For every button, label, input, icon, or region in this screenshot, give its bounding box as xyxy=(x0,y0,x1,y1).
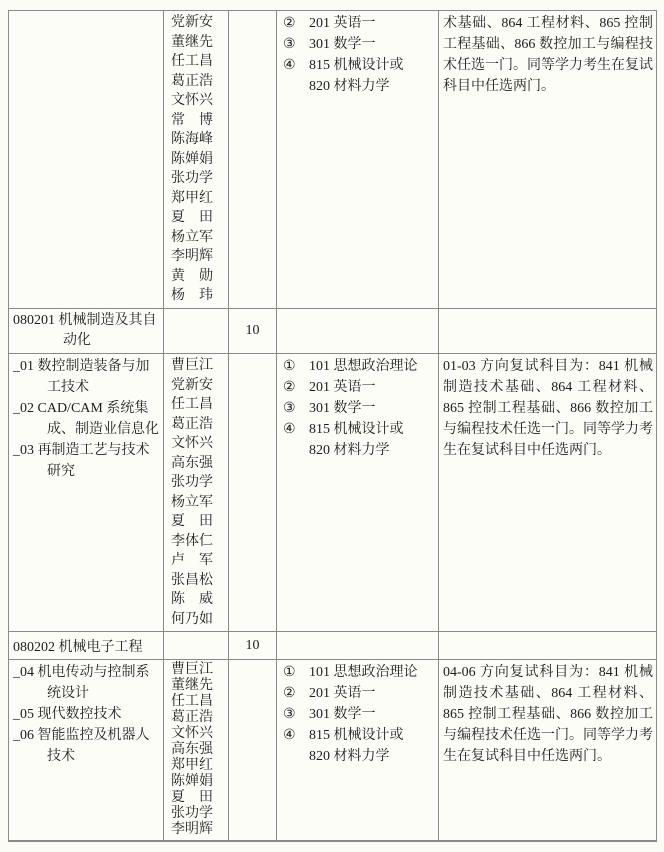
research-direction: _05 现代数控技术 xyxy=(13,704,159,725)
exam-subject: ④815 机械设计或 xyxy=(283,419,434,440)
subject-text: 101 思想政治理论 xyxy=(309,359,418,374)
advisor-name: 高东强 xyxy=(171,454,224,474)
exam-subject: ②201 英语一 xyxy=(283,13,434,34)
advisor-list: 曹巨江董继先任工昌葛正浩文怀兴高东强郑甲红陈婵娟夏 田张功学李明辉 xyxy=(171,662,224,838)
advisor-name: 常 博 xyxy=(171,111,224,131)
advisor-name: 党新安 xyxy=(171,13,224,33)
advisor-list: 曹巨江党新安任工昌葛正浩文怀兴高东强张功学杨立军夏 田李体仁卢 军张昌松陈 威何… xyxy=(171,356,224,629)
circled-number: ③ xyxy=(283,34,309,55)
subject-text: 815 机械设计或 xyxy=(309,728,404,743)
cell-advisors: 党新安董继先任工昌葛正浩文怀兴常 博陈海峰陈婵娟张功学郑甲红夏 田杨立军李明辉黄… xyxy=(164,11,229,309)
advisor-name: 卢 军 xyxy=(171,551,224,571)
cell-major-title: 080201 机械制造及其自动化 xyxy=(9,309,164,354)
cell-quota: 10 xyxy=(229,309,277,354)
remarks-text: 04-06 方向复试科目为：841 机械制造技术基础、864 工程材料、865 … xyxy=(443,662,653,767)
cell-advisors: 曹巨江党新安任工昌葛正浩文怀兴高东强张功学杨立军夏 田李体仁卢 军张昌松陈 威何… xyxy=(164,354,229,632)
admissions-table: 党新安董继先任工昌葛正浩文怀兴常 博陈海峰陈婵娟张功学郑甲红夏 田杨立军李明辉黄… xyxy=(8,10,657,842)
advisor-name: 张昌松 xyxy=(171,571,224,591)
exam-subject: ④815 机械设计或 xyxy=(283,725,434,746)
direction-code: _04 xyxy=(13,665,34,680)
direction-name: 智能监控及机器人技术 xyxy=(38,728,150,764)
subject-text: 301 数学一 xyxy=(309,707,376,722)
exam-subject: ④815 机械设计或 xyxy=(283,55,434,76)
direction-name: 现代数控技术 xyxy=(38,707,122,722)
advisor-name: 陈婵娟 xyxy=(171,150,224,170)
direction-list: _04 机电传动与控制系统设计 _05 现代数控技术 _06 智能监控及机器人技… xyxy=(13,662,159,767)
direction-code: _06 xyxy=(13,728,34,743)
table-row-directions-04-06: _04 机电传动与控制系统设计 _05 现代数控技术 _06 智能监控及机器人技… xyxy=(9,660,657,842)
cell-exam-subjects: ①101 思想政治理论 ②201 英语一 ③301 数学一 ④815 机械设计或… xyxy=(277,660,439,842)
cell-remarks-empty xyxy=(439,632,657,660)
subject-text: 815 机械设计或 xyxy=(309,422,404,437)
cell-remarks: 术基础、864 工程材料、865 控制工程基础、866 数控加工与编程技术任选一… xyxy=(439,11,657,309)
subject-text: 820 材料力学 xyxy=(309,443,390,458)
cell-exam-subjects: ①101 思想政治理论 ②201 英语一 ③301 数学一 ④815 机械设计或… xyxy=(277,354,439,632)
exam-subject-list: ②201 英语一 ③301 数学一 ④815 机械设计或 820 材料力学 xyxy=(283,13,434,97)
exam-subject: ③301 数学一 xyxy=(283,704,434,725)
advisor-name: 任工昌 xyxy=(171,395,224,415)
advisor-name: 文怀兴 xyxy=(171,726,224,742)
subject-text: 201 英语一 xyxy=(309,380,376,395)
direction-name: CAD/CAM 系统集成、制造业信息化 xyxy=(38,401,160,437)
advisor-name: 曹巨江 xyxy=(171,662,224,678)
exam-subject-list: ①101 思想政治理论 ②201 英语一 ③301 数学一 ④815 机械设计或… xyxy=(283,356,434,461)
cell-remarks-empty xyxy=(439,309,657,354)
direction-name: 机电传动与控制系统设计 xyxy=(38,665,150,701)
research-direction: _02 CAD/CAM 系统集成、制造业信息化 xyxy=(13,398,159,440)
advisor-name: 葛正浩 xyxy=(171,710,224,726)
cell-exam-subjects: ②201 英语一 ③301 数学一 ④815 机械设计或 820 材料力学 xyxy=(277,11,439,309)
circled-number: ① xyxy=(283,356,309,377)
exam-subject: 820 材料力学 xyxy=(283,746,434,767)
direction-name: 数控制造装备与加工技术 xyxy=(38,359,150,395)
research-direction: _06 智能监控及机器人技术 xyxy=(13,725,159,767)
advisor-name: 陈婵娟 xyxy=(171,774,224,790)
cell-exam-subjects-empty xyxy=(277,632,439,660)
advisor-name: 黄 勋 xyxy=(171,267,224,287)
advisor-list: 党新安董继先任工昌葛正浩文怀兴常 博陈海峰陈婵娟张功学郑甲红夏 田杨立军李明辉黄… xyxy=(171,13,224,306)
cell-quota xyxy=(229,354,277,632)
exam-subject-list: ①101 思想政治理论 ②201 英语一 ③301 数学一 ④815 机械设计或… xyxy=(283,662,434,767)
exam-subject: ②201 英语一 xyxy=(283,377,434,398)
circled-number: ④ xyxy=(283,419,309,440)
table-row-directions-01-03: _01 数控制造装备与加工技术 _02 CAD/CAM 系统集成、制造业信息化 … xyxy=(9,354,657,632)
subject-text: 101 思想政治理论 xyxy=(309,665,418,680)
circled-number: ② xyxy=(283,683,309,704)
cell-quota xyxy=(229,11,277,309)
advisor-name: 张功学 xyxy=(171,473,224,493)
advisor-name: 何乃如 xyxy=(171,610,224,630)
advisor-name: 葛正浩 xyxy=(171,415,224,435)
circled-number: ② xyxy=(283,13,309,34)
advisor-name: 任工昌 xyxy=(171,694,224,710)
direction-code: _01 xyxy=(13,359,34,374)
table-row-continuation: 党新安董继先任工昌葛正浩文怀兴常 博陈海峰陈婵娟张功学郑甲红夏 田杨立军李明辉黄… xyxy=(9,11,657,309)
direction-list: _01 数控制造装备与加工技术 _02 CAD/CAM 系统集成、制造业信息化 … xyxy=(13,356,159,482)
direction-name: 再制造工艺与技术研究 xyxy=(38,443,150,479)
advisor-name: 董继先 xyxy=(171,33,224,53)
page: 党新安董继先任工昌葛正浩文怀兴常 博陈海峰陈婵娟张功学郑甲红夏 田杨立军李明辉黄… xyxy=(0,0,664,852)
circled-number: ③ xyxy=(283,398,309,419)
advisor-name: 任工昌 xyxy=(171,52,224,72)
advisor-name: 高东强 xyxy=(171,742,224,758)
cell-major-title: 080202 机械电子工程 xyxy=(9,632,164,660)
advisor-name: 郑甲红 xyxy=(171,758,224,774)
direction-code: _03 xyxy=(13,443,34,458)
circled-number: ③ xyxy=(283,704,309,725)
cell-directions: _04 机电传动与控制系统设计 _05 现代数控技术 _06 智能监控及机器人技… xyxy=(9,660,164,842)
direction-code: _05 xyxy=(13,707,34,722)
cell-advisors: 曹巨江董继先任工昌葛正浩文怀兴高东强郑甲红陈婵娟夏 田张功学李明辉 xyxy=(164,660,229,842)
subject-text: 301 数学一 xyxy=(309,401,376,416)
advisor-name: 张功学 xyxy=(171,169,224,189)
cell-remarks: 04-06 方向复试科目为：841 机械制造技术基础、864 工程材料、865 … xyxy=(439,660,657,842)
table-row-major-080201: 080201 机械制造及其自动化 10 xyxy=(9,309,657,354)
subject-text: 820 材料力学 xyxy=(309,79,390,94)
major-title: 080202 机械电子工程 xyxy=(13,636,159,656)
advisor-name: 陈海峰 xyxy=(171,130,224,150)
advisor-name: 葛正浩 xyxy=(171,72,224,92)
advisor-name: 李明辉 xyxy=(171,822,224,838)
advisor-name: 杨立军 xyxy=(171,493,224,513)
advisor-name: 杨立军 xyxy=(171,228,224,248)
cell-quota xyxy=(229,660,277,842)
advisor-name: 李明辉 xyxy=(171,247,224,267)
cell-exam-subjects-empty xyxy=(277,309,439,354)
advisor-name: 杨 玮 xyxy=(171,286,224,306)
cell-advisors-empty xyxy=(164,309,229,354)
subject-text: 815 机械设计或 xyxy=(309,58,404,73)
exam-subject: ③301 数学一 xyxy=(283,34,434,55)
advisor-name: 党新安 xyxy=(171,376,224,396)
research-direction: _01 数控制造装备与加工技术 xyxy=(13,356,159,398)
advisor-name: 夏 田 xyxy=(171,208,224,228)
cell-remarks: 01-03 方向复试科目为：841 机械制造技术基础、864 工程材料、865 … xyxy=(439,354,657,632)
advisor-name: 文怀兴 xyxy=(171,91,224,111)
advisor-name: 李体仁 xyxy=(171,532,224,552)
advisor-name: 张功学 xyxy=(171,806,224,822)
exam-subject: 820 材料力学 xyxy=(283,440,434,461)
direction-code: _02 xyxy=(13,401,34,416)
remarks-text: 术基础、864 工程材料、865 控制工程基础、866 数控加工与编程技术任选一… xyxy=(443,13,653,97)
advisor-name: 夏 田 xyxy=(171,790,224,806)
advisor-name: 陈 威 xyxy=(171,590,224,610)
exam-subject: 820 材料力学 xyxy=(283,76,434,97)
circled-number: ④ xyxy=(283,725,309,746)
subject-text: 820 材料力学 xyxy=(309,749,390,764)
exam-subject: ①101 思想政治理论 xyxy=(283,356,434,377)
circled-number: ② xyxy=(283,377,309,398)
circled-number: ① xyxy=(283,662,309,683)
advisor-name: 夏 田 xyxy=(171,512,224,532)
exam-subject: ①101 思想政治理论 xyxy=(283,662,434,683)
exam-subject: ③301 数学一 xyxy=(283,398,434,419)
advisor-name: 文怀兴 xyxy=(171,434,224,454)
circled-number: ④ xyxy=(283,55,309,76)
subject-text: 201 英语一 xyxy=(309,16,376,31)
subject-text: 301 数学一 xyxy=(309,37,376,52)
cell-advisors-empty xyxy=(164,632,229,660)
table-row-major-080202: 080202 机械电子工程 10 xyxy=(9,632,657,660)
research-direction: _04 机电传动与控制系统设计 xyxy=(13,662,159,704)
research-direction: _03 再制造工艺与技术研究 xyxy=(13,440,159,482)
advisor-name: 董继先 xyxy=(171,678,224,694)
cell-quota: 10 xyxy=(229,632,277,660)
remarks-text: 01-03 方向复试科目为：841 机械制造技术基础、864 工程材料、865 … xyxy=(443,356,653,461)
subject-text: 201 英语一 xyxy=(309,686,376,701)
advisor-name: 郑甲红 xyxy=(171,189,224,209)
exam-subject: ②201 英语一 xyxy=(283,683,434,704)
cell-directions: _01 数控制造装备与加工技术 _02 CAD/CAM 系统集成、制造业信息化 … xyxy=(9,354,164,632)
cell-directions-empty xyxy=(9,11,164,309)
advisor-name: 曹巨江 xyxy=(171,356,224,376)
major-title: 080201 机械制造及其自动化 xyxy=(13,311,159,351)
